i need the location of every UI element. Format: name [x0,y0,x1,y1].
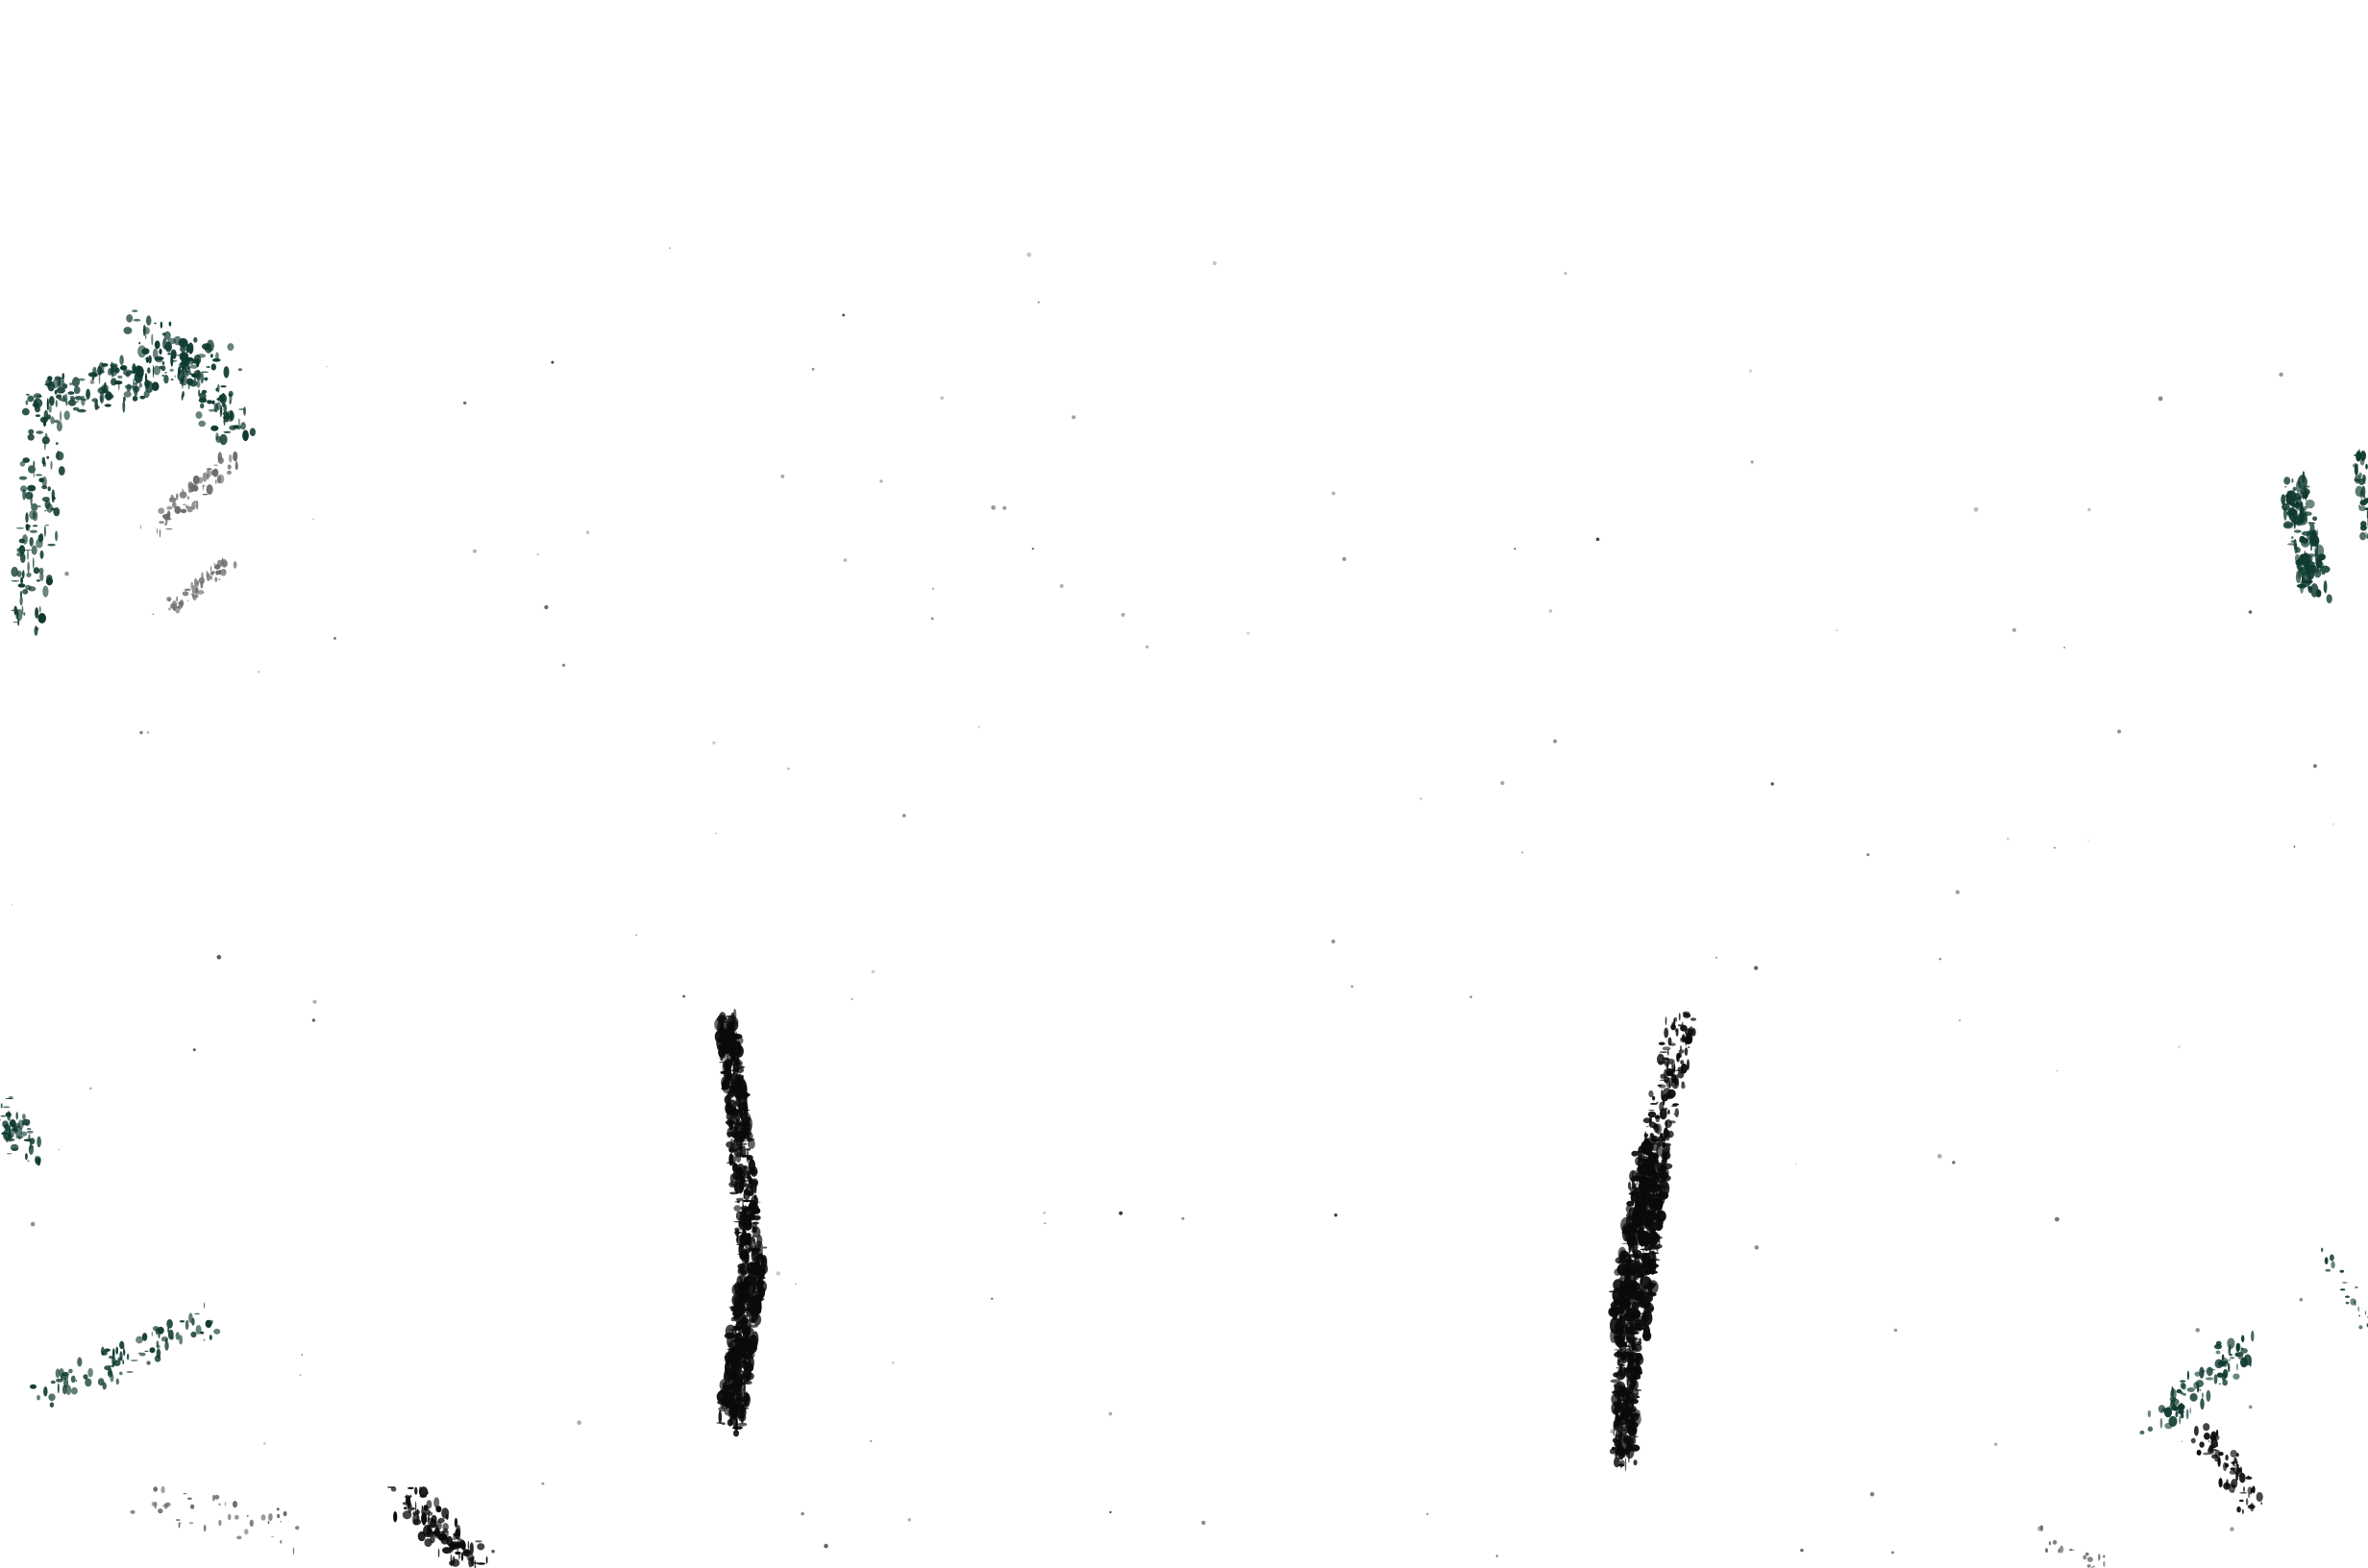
grain-speck [2360,521,2366,527]
grain-speck [56,1368,61,1378]
dust-speck [193,1048,196,1051]
grain-speck [733,1205,741,1212]
grain-speck [737,1232,739,1241]
grain-speck [2239,1500,2244,1502]
grain-speck [281,1521,282,1523]
grain-speck [2175,1411,2178,1417]
grain-speck [418,1531,426,1541]
grain-speck [214,564,221,569]
dust-speck [801,1512,804,1516]
dust-speck [1026,253,1031,257]
grain-speck [136,366,144,379]
grain-speck [744,1173,747,1179]
grain-speck [2312,516,2317,521]
grain-speck [207,400,212,404]
grain-speck [732,1163,738,1172]
grain-speck [1613,1372,1618,1377]
grain-speck [160,529,160,538]
grain-speck [152,1332,153,1336]
grain-speck [715,1030,724,1042]
grain-speck [171,379,174,380]
grain-speck [2190,1408,2191,1414]
dust-speck [870,1440,872,1442]
grain-speck [2283,477,2290,484]
grain-speck [168,1330,174,1340]
dust-speck [537,553,539,555]
dust-speck [1181,1217,1184,1220]
grain-speck [175,376,176,378]
grain-speck [189,374,195,376]
grain-speck [134,380,139,380]
dust-speck [712,742,715,745]
grain-speck [126,1371,133,1373]
grain-speck [30,530,37,533]
grain-speck [741,1133,748,1136]
dust-speck [2313,764,2317,768]
grain-speck [42,586,48,598]
grain-speck [2283,523,2294,528]
dust-speck [780,475,784,478]
grain-speck [62,383,67,389]
grain-speck [731,1335,739,1338]
grain-speck [27,485,36,492]
grain-speck [2206,1377,2213,1380]
dust-speck [2117,729,2121,733]
grain-speck [167,510,170,520]
grain-speck [2217,1457,2220,1467]
grain-speck [43,420,46,427]
dust-speck [1715,957,1717,959]
grain-speck [1635,1426,1637,1434]
grain-speck [29,1144,34,1155]
grain-speck [2230,1470,2236,1475]
grain-speck [165,519,167,525]
grain-speck [753,1217,759,1218]
grain-speck [731,1042,737,1049]
grain-speck [1642,1331,1651,1341]
grain-speck [724,1368,732,1383]
grain-speck [1664,1028,1668,1039]
grain-speck [751,1178,758,1188]
grain-speck [1677,1053,1681,1059]
dust-speck [147,731,150,734]
grain-speck [44,526,46,537]
dust-speck [1795,1164,1797,1165]
grain-speck [1656,1144,1663,1156]
dust-speck [2230,1527,2233,1531]
grain-speck [227,343,234,351]
grain-speck [723,1410,725,1411]
grain-speck [2293,487,2297,491]
grain-speck [739,1106,741,1108]
grain-speck [238,368,242,371]
grain-speck [154,323,157,325]
grain-speck [2241,1335,2244,1343]
grain-speck [2365,531,2366,533]
grain-speck [733,1417,736,1429]
grain-speck [113,1360,121,1366]
grain-speck [280,1540,282,1544]
grain-speck [1641,1253,1651,1266]
grain-speck [2257,1492,2263,1502]
grain-speck [184,364,186,370]
grain-speck [196,380,200,387]
grain-speck [215,432,218,440]
grain-speck [1657,1245,1659,1253]
grain-speck [36,474,42,476]
grain-speck [76,401,79,402]
grain-speck [144,1351,148,1352]
grain-speck [737,1285,742,1298]
grain-speck [32,546,37,555]
grain-speck [234,1515,239,1520]
grain-speck [1623,1410,1632,1415]
grain-speck [2300,554,2306,563]
grain-speck [737,1317,738,1324]
grain-speck [62,400,65,402]
grain-speck [193,501,197,502]
grain-speck [1630,1187,1638,1194]
dust-speck [1800,1549,1803,1552]
grain-speck [16,527,24,529]
grain-speck [738,1380,741,1387]
grain-speck [1633,1289,1637,1293]
dust-speck [931,617,934,620]
dust-speck [1937,1154,1942,1159]
grain-speck [207,571,209,577]
grain-speck [477,1562,485,1565]
grain-speck [2103,1556,2105,1558]
grain-speck [1642,1142,1654,1145]
grain-speck [1680,1038,1689,1042]
grain-speck [190,1505,194,1509]
dust-speck [90,380,95,384]
grain-speck [736,1198,743,1202]
grain-speck [1623,1258,1625,1260]
grain-speck [26,400,29,404]
dust-speck [2057,1070,2058,1071]
grain-speck [33,525,37,527]
grain-speck [2087,1556,2093,1562]
grain-speck [2200,1398,2204,1409]
grain-speck [20,576,23,583]
grain-speck [2350,1298,2356,1305]
grain-speck [2325,1257,2329,1264]
grain-speck [151,333,153,345]
grain-speck [242,430,249,442]
grain-speck [62,1372,69,1377]
grain-speck [210,566,211,572]
grain-speck [19,539,25,544]
grain-speck [27,551,28,560]
grain-speck [2239,1473,2246,1483]
dust-speck [146,1360,150,1364]
grain-speck [740,1155,748,1158]
grain-speck [142,348,150,355]
grain-speck [58,1384,60,1394]
grain-speck [740,1102,741,1107]
grain-speck [214,1495,220,1500]
grain-speck [2210,1438,2217,1448]
grain-speck [123,327,132,334]
grain-speck [238,418,239,426]
grain-speck [1630,1332,1640,1335]
grain-speck [739,1212,744,1214]
dust-speck [1331,940,1335,943]
grain-speck [22,408,30,416]
grain-speck [1658,1136,1665,1142]
dust-speck [1109,1412,1113,1416]
grain-speck [50,416,54,424]
grain-speck [1657,1191,1665,1198]
grain-speck [161,365,166,371]
grain-speck [728,1369,729,1379]
grain-speck [17,548,20,551]
grain-speck [1659,1234,1660,1249]
grain-speck [211,470,216,477]
grain-speck [112,1364,114,1368]
grain-speck [1619,1305,1630,1316]
grain-speck [2289,504,2297,506]
grain-speck [105,1349,111,1352]
dust-speck [89,1088,92,1090]
grain-speck [293,1547,294,1555]
grain-speck [2085,1553,2089,1556]
grain-speck [171,495,174,501]
grain-speck [219,394,227,404]
grain-speck [1616,1367,1618,1368]
dust-speck [168,607,171,610]
grain-speck [763,1247,767,1249]
dust-speck [1043,1212,1046,1214]
grain-speck [16,552,23,556]
dust-speck [58,1149,60,1151]
grain-speck [742,1285,748,1298]
grain-speck [2231,1450,2237,1458]
grain-speck [1624,1234,1628,1240]
grain-speck [152,381,160,391]
grain-speck [2216,1351,2221,1355]
grain-speck [740,1309,745,1317]
grain-speck [2186,1409,2189,1419]
grain-speck [50,1402,54,1408]
grain-speck [2207,1390,2211,1402]
grain-speck [56,400,58,407]
grain-speck [185,1320,189,1330]
dust-speck [1994,1443,1997,1446]
grain-speck [1646,1281,1653,1291]
grain-speck [101,363,108,367]
grain-speck [37,579,40,581]
grain-speck [1616,1333,1620,1335]
grain-speck [2355,1286,2357,1288]
grain-speck [139,382,142,387]
dust-speck [669,247,671,249]
grain-speck [130,1510,135,1514]
dust-speck [1974,507,1979,512]
dust-speck [978,726,980,728]
texture-canvas [0,0,2368,1568]
grain-speck [1621,1431,1623,1438]
grain-speck [162,361,164,365]
grain-speck [2353,463,2358,468]
grain-speck [732,1140,739,1152]
grain-speck [194,355,202,365]
grain-speck [718,1047,725,1057]
grain-speck [438,1549,440,1558]
grain-speck [105,394,114,400]
grain-speck [410,1494,411,1497]
grain-speck [210,426,218,431]
grain-speck [233,1501,237,1507]
grain-speck [122,400,125,412]
grain-speck [1640,1249,1653,1251]
grain-speck [2211,1449,2218,1450]
dust-speck [1032,548,1034,550]
grain-speck [12,580,19,582]
grain-speck [2180,1380,2185,1382]
grain-speck [728,1099,736,1111]
grain-speck [1629,1361,1639,1363]
grain-speck [2169,1416,2178,1427]
grain-speck [461,1541,466,1551]
grain-speck [2291,540,2297,543]
grain-speck [1669,1120,1676,1123]
grain-speck [721,1022,725,1032]
grain-speck [1611,1379,1621,1383]
grain-speck [189,380,197,386]
grain-speck [145,383,148,391]
grain-speck [35,607,38,619]
grain-speck [196,580,199,587]
grain-speck [2359,532,2366,540]
grain-speck [204,1338,205,1341]
dust-speck [2063,647,2065,649]
grain-speck [2187,1387,2195,1392]
grain-speck [49,405,52,413]
grain-speck [1668,1038,1672,1046]
grain-speck [189,357,194,365]
grain-speck [40,551,44,559]
grain-speck [25,1153,28,1160]
grain-speck [2365,1311,2366,1314]
grain-speck [754,1286,756,1291]
grain-speck [2330,1255,2334,1262]
grain-speck [133,396,138,402]
grain-speck [1672,1103,1679,1106]
grain-speck [2345,1296,2350,1298]
grain-speck [752,1273,758,1279]
dust-speck [844,558,848,562]
grain-speck [214,563,215,565]
grain-speck [295,1526,299,1530]
grain-speck [147,367,150,374]
grain-speck [734,1139,736,1139]
grain-speck [738,1222,746,1229]
grain-speck [213,1329,220,1335]
grain-speck [126,371,131,377]
grain-speck [2187,1371,2189,1381]
grain-speck [22,589,28,595]
grain-speck [2217,1373,2224,1378]
grain-speck [158,507,164,514]
grain-speck [37,1395,40,1401]
grain-speck [189,1522,193,1524]
grain-speck [1648,1112,1657,1118]
grain-speck [0,1118,1,1121]
grain-speck [1666,1068,1674,1076]
grain-speck [2261,1502,2262,1505]
grain-speck [131,1360,138,1361]
dust-speck [1060,584,1064,588]
grain-speck [2148,1410,2151,1418]
grain-speck [2053,1540,2057,1545]
grain-speck [1688,1046,1690,1048]
grain-speck [749,1169,758,1174]
dust-speck [544,605,548,609]
grain-speck [202,486,206,487]
grain-speck [1625,1387,1627,1388]
grain-speck [1621,1243,1631,1244]
grain-speck [215,571,219,576]
grain-speck [1674,1114,1676,1115]
grain-speck [36,627,38,630]
grain-speck [404,1507,407,1509]
grain-speck [1690,1017,1696,1020]
grain-speck [734,1228,739,1233]
grain-speck [2346,1302,2350,1305]
grain-speck [728,1119,733,1131]
grain-speck [218,579,221,580]
grain-speck [1,1103,3,1108]
grain-speck [39,606,41,613]
grain-speck [124,391,132,398]
grain-speck [2201,1370,2207,1371]
grain-speck [22,570,25,578]
grain-speck [2294,516,2296,529]
grain-speck [50,461,52,470]
grain-speck [146,315,152,326]
dust-speck [1749,369,1752,372]
grain-speck [2179,1416,2181,1425]
grain-speck [1627,1358,1630,1364]
grain-speck [1663,1058,1669,1061]
grain-speck [2223,1462,2227,1471]
grain-speck [2092,1566,2094,1568]
dust-speck [1939,958,1941,960]
grain-speck [2160,1418,2162,1429]
grain-speck [1645,1307,1654,1311]
dust-speck [2055,1217,2060,1222]
grain-speck [2216,1430,2218,1437]
grain-speck [2087,1564,2091,1567]
grain-speck [179,601,183,609]
dust-speck [473,550,477,553]
grain-speck [2040,1525,2043,1531]
grain-speck [15,1123,20,1128]
grain-speck [206,469,210,478]
grain-speck [2360,458,2365,465]
grain-speck [125,385,134,389]
grain-speck [2202,1393,2203,1398]
grain-speck [199,577,205,584]
grain-speck [486,1556,488,1564]
grain-speck [36,414,40,417]
grain-speck [166,597,171,601]
dust-speck [1334,1213,1337,1216]
grain-speck [1665,1119,1672,1128]
grain-speck [277,1514,280,1518]
